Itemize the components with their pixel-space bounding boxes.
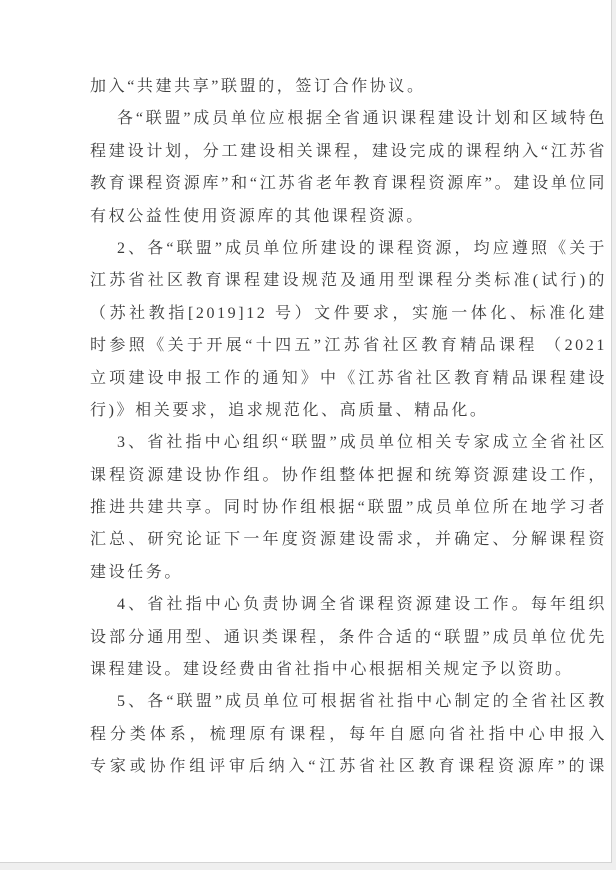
text-line: 推进共建共享。同时协作组根据“联盟”成员单位所在地学习者需求， xyxy=(90,492,607,524)
document-viewport: { "page": { "background_color": "#ffffff… xyxy=(0,0,616,870)
text-line: 各“联盟”成员单位应根据全省通识课程建设计划和区域特色课 xyxy=(90,103,607,135)
text-line: 江苏省社区教育课程建设规范及通用型课程分类标准(试行)的通知》 xyxy=(90,265,607,297)
text-line: 5、各“联盟”成员单位可根据省社指中心制定的全省社区教育课 xyxy=(90,686,607,718)
text-line: 程分类体系，梳理原有课程，每年自愿向省社指中心申报入库。经过 xyxy=(90,719,607,751)
text-line: 时参照《关于开展“十四五”江苏省社区教育精品课程 （2021 年） xyxy=(90,330,607,362)
text-line: 行)》相关要求，追求规范化、高质量、精品化。 xyxy=(90,395,607,427)
text-line: （苏社教指[2019]12 号）文件要求，实施一体化、标准化建设，同 xyxy=(90,298,607,330)
text-line: 教育课程资源库”和“江苏省老年教育课程资源库”。建设单位同时 xyxy=(90,168,607,200)
text-line: 3、省社指中心组织“联盟”成员单位相关专家成立全省社区教育 xyxy=(90,427,607,459)
text-block: 加入“共建共享”联盟的，签订合作协议。各“联盟”成员单位应根据全省通识课程建设计… xyxy=(90,71,607,784)
text-line: 2、各“联盟”成员单位所建设的课程资源，均应遵照《关于公布 xyxy=(90,233,607,265)
text-line: 建设任务。 xyxy=(90,557,607,589)
text-line: 有权公益性使用资源库的其他课程资源。 xyxy=(90,201,607,233)
text-line: 程建设计划，分工建设相关课程，建设完成的课程纳入“江苏省社区 xyxy=(90,136,607,168)
text-line: 专家或协作组评审后纳入“江苏省社区教育课程资源库”的课程，省 xyxy=(90,751,607,783)
text-line: 设部分通用型、通识类课程，条件合适的“联盟”成员单位优先参与 xyxy=(90,622,607,654)
text-line: 课程资源建设协作组。协作组整体把握和统筹资源建设工作，进一步 xyxy=(90,460,607,492)
text-line: 加入“共建共享”联盟的，签订合作协议。 xyxy=(90,71,607,103)
text-line: 课程建设。建设经费由省社指中心根据相关规定予以资助。 xyxy=(90,654,607,686)
text-line: 立项建设申报工作的通知》中《江苏省社区教育精品课程建设标准(试 xyxy=(90,363,607,395)
text-line: 4、省社指中心负责协调全省课程资源建设工作。每年组织立项建 xyxy=(90,589,607,621)
document-page: 加入“共建共享”联盟的，签订合作协议。各“联盟”成员单位应根据全省通识课程建设计… xyxy=(0,0,612,863)
text-line: 汇总、研究论证下一年度资源建设需求，并确定、分解课程资源共同 xyxy=(90,524,607,556)
